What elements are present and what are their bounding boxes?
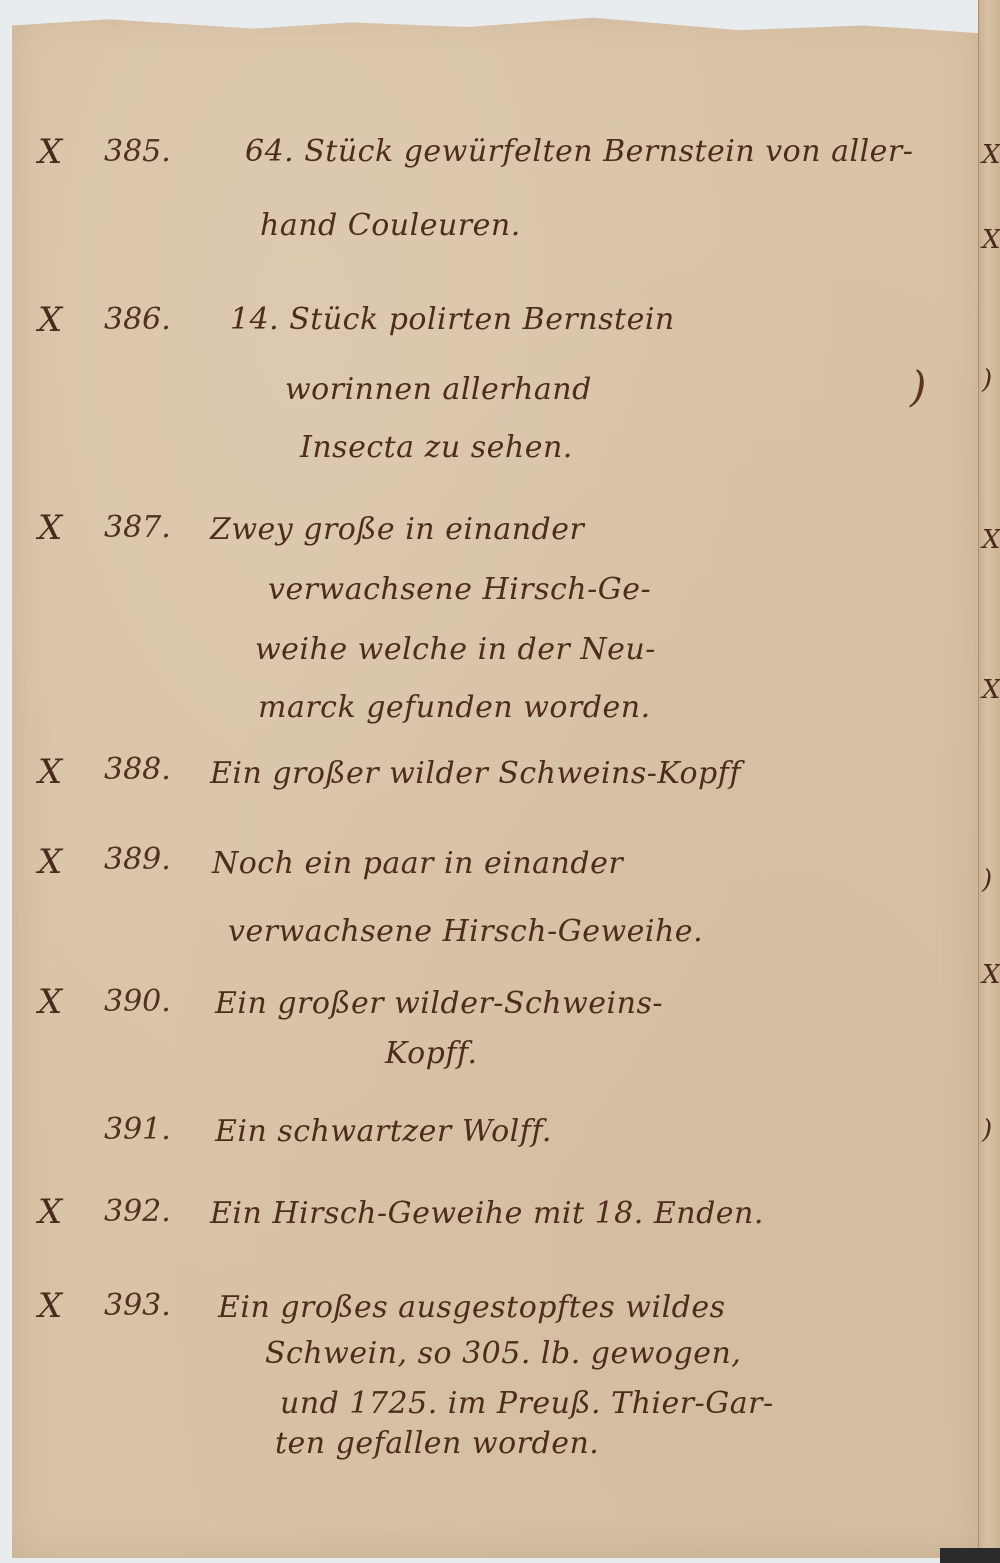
check-mark: X [38,842,62,882]
check-mark: X [38,1286,62,1326]
bracket-mark: ) [910,362,926,411]
entry-number: 386. [104,302,171,337]
entry-text-line: und 1725. im Preuß. Thier-Gar- [280,1386,774,1421]
adjacent-page-mark: X [982,675,1000,705]
adjacent-page-mark: X [982,960,1000,990]
entry-number: 387. [104,510,171,545]
adjacent-page-mark: X [982,225,1000,255]
entry-number: 389. [104,842,171,877]
adjacent-page-mark: X [982,140,1000,170]
entry-text-line: Schwein, so 305. lb. gewogen, [265,1336,741,1371]
entry-text-line: verwachsene Hirsch-Geweihe. [228,914,703,949]
check-mark: X [38,132,62,172]
entry-text-line: marck gefunden worden. [258,690,651,725]
check-mark: X [38,982,62,1022]
entry-text-line: Ein großer wilder-Schweins- [215,986,663,1021]
adjacent-page-mark: ) [982,365,992,395]
entry-text-line: 64. Stück gewürfelten Bernstein von alle… [245,134,913,169]
entry-text-line: 14. Stück polirten Bernstein [230,302,675,337]
entry-number: 385. [104,134,171,169]
entry-number: 390. [104,984,171,1019]
entry-text-line: worinnen allerhand [285,372,592,407]
adjacent-page-mark: ) [982,1115,992,1145]
check-mark: X [38,752,62,792]
entry-text-line: Insecta zu sehen. [300,430,573,465]
entry-number: 392. [104,1194,171,1229]
entry-number: 393. [104,1288,171,1323]
entry-text-line: ten gefallen worden. [275,1426,599,1461]
check-mark: X [38,508,62,548]
entry-text-line: verwachsene Hirsch-Ge- [268,572,651,607]
check-mark: X [38,300,62,340]
check-mark: X [38,1192,62,1232]
entry-text-line: Kopff. [385,1036,478,1071]
adjacent-page-mark: ) [982,865,992,895]
binding-edge-bottom [940,1548,1000,1563]
entry-text-line: Zwey große in einander [210,512,584,547]
adjacent-page-mark: X [982,525,1000,555]
entry-text-line: Ein schwartzer Wolff. [215,1114,552,1149]
entry-number: 391. [104,1112,171,1147]
entry-text-line: Ein großer wilder Schweins-Kopff [210,756,741,791]
entry-text-line: Ein großes ausgestopftes wildes [218,1290,726,1325]
entry-number: 388. [104,752,171,787]
entry-text-line: weihe welche in der Neu- [255,632,656,667]
entry-text-line: Ein Hirsch-Geweihe mit 18. Enden. [210,1196,764,1231]
entry-text-line: hand Couleuren. [260,208,521,243]
entry-text-line: Noch ein paar in einander [212,846,623,881]
